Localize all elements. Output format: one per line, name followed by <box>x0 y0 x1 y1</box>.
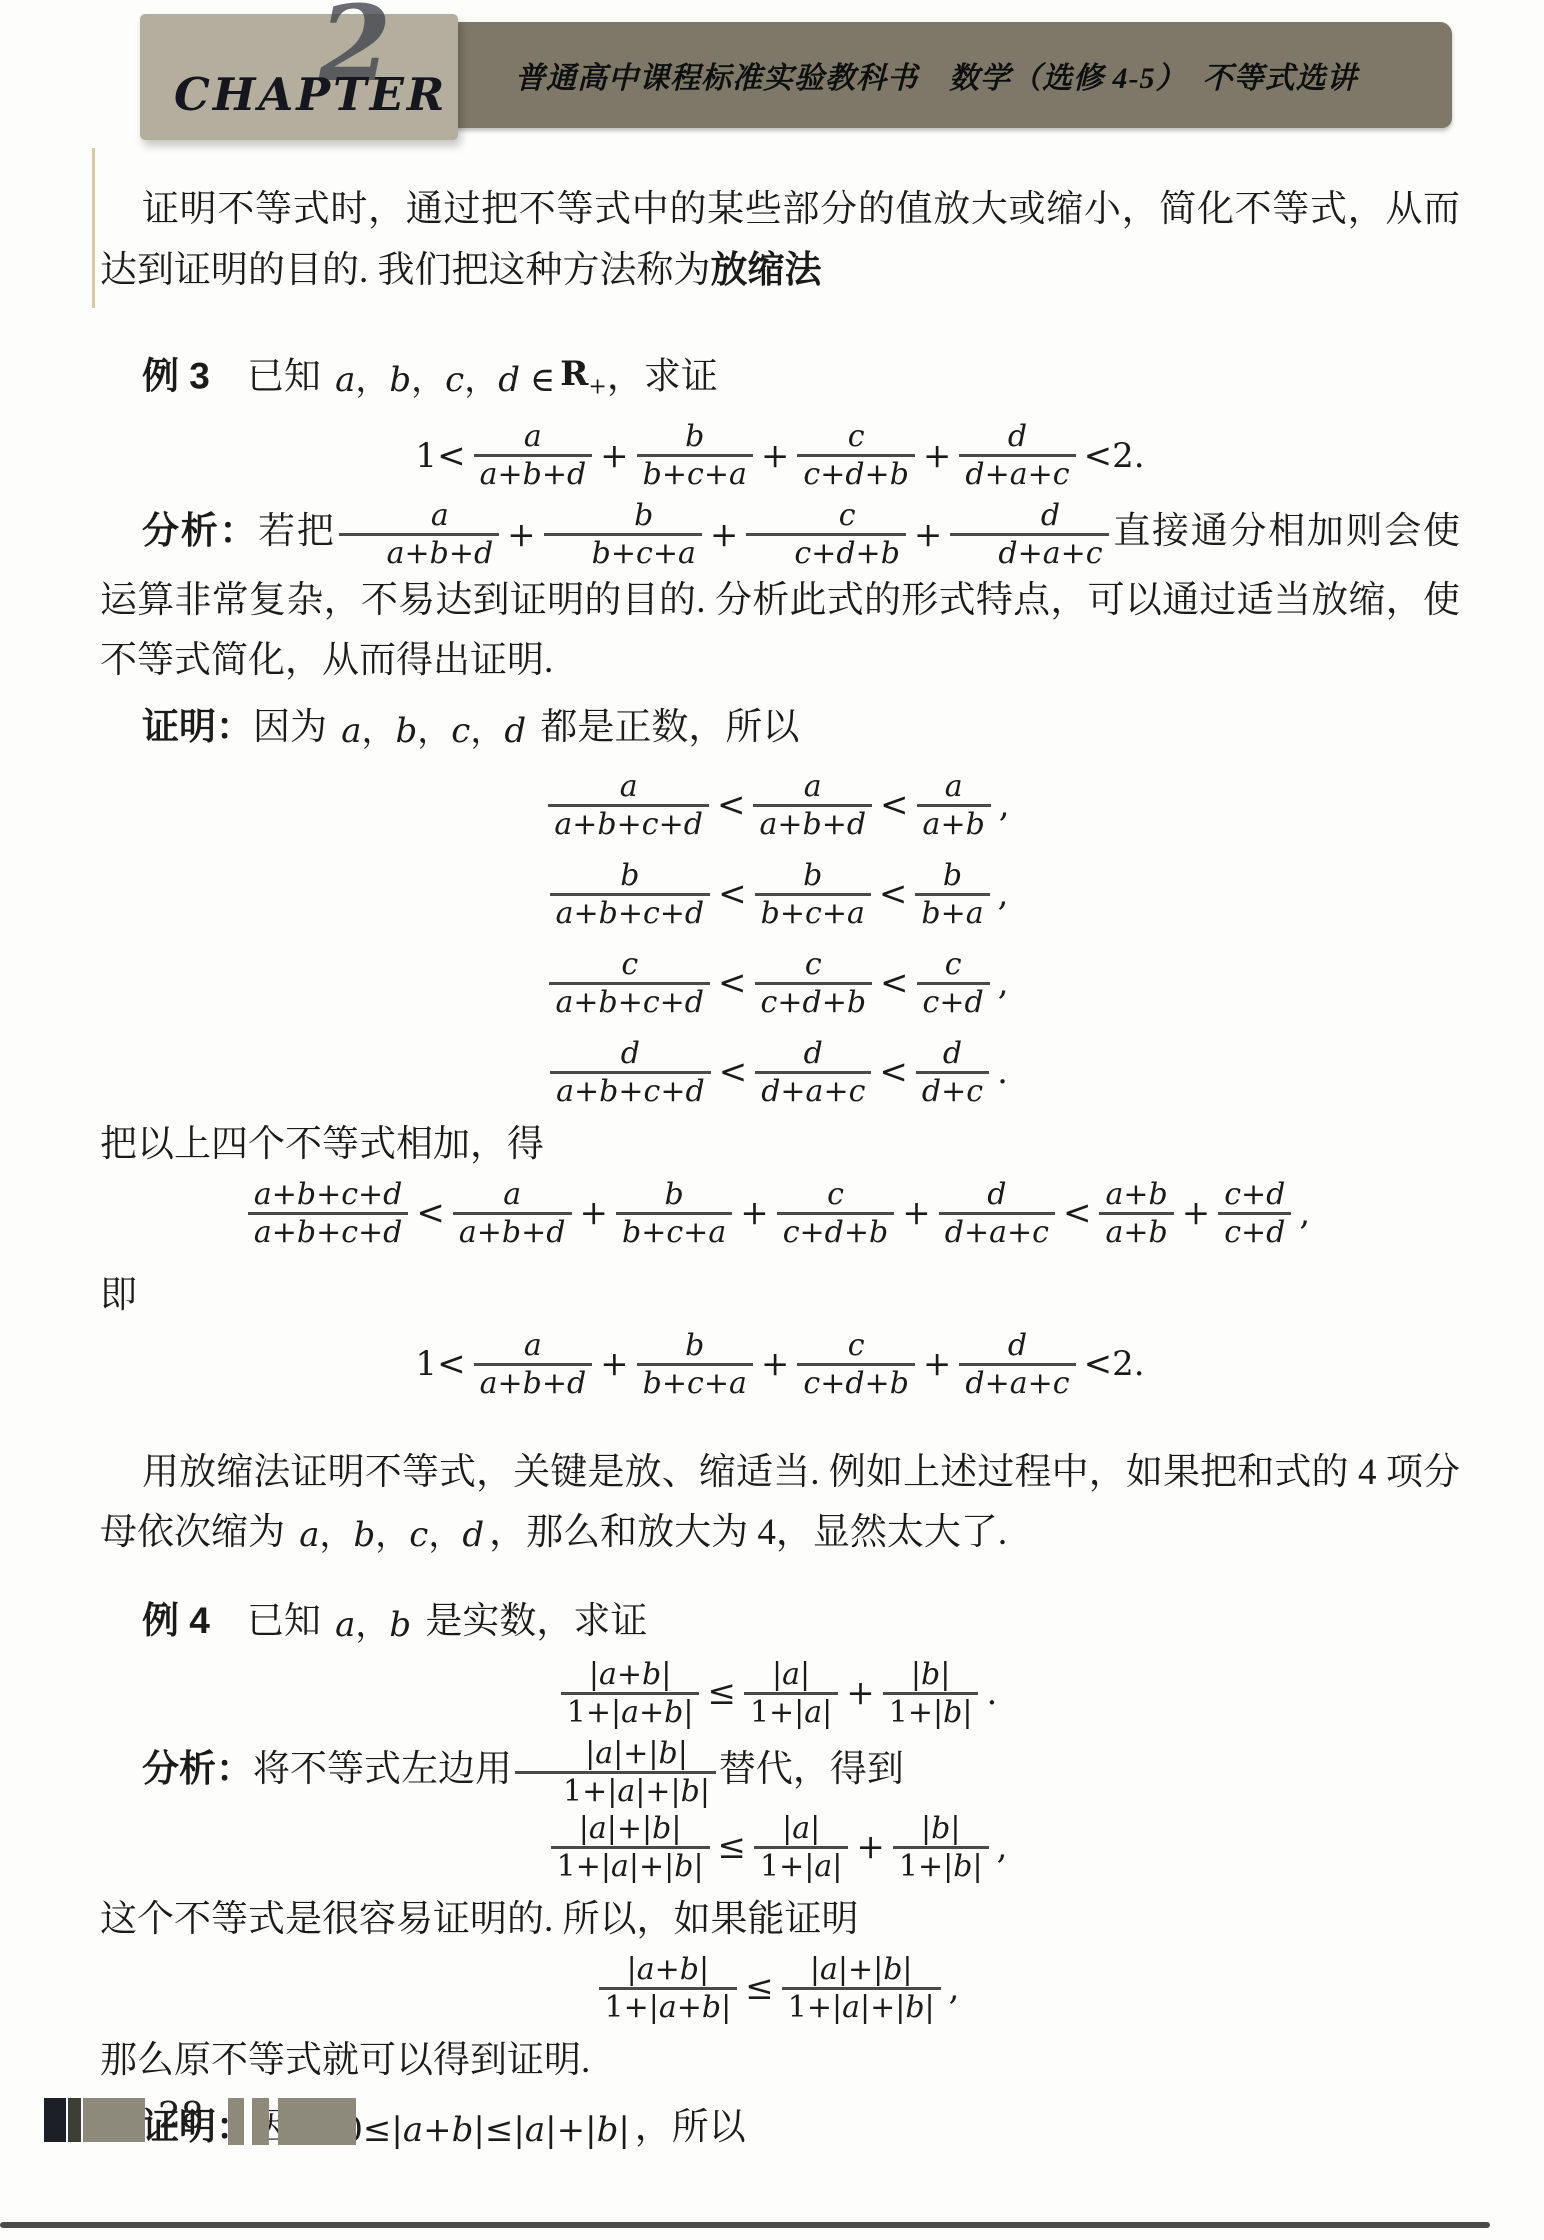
footer-mark <box>68 2098 81 2142</box>
page-number: 28 <box>158 2096 218 2137</box>
text-run: + <box>507 515 536 555</box>
fraction: cc+d+b <box>797 1328 915 1401</box>
text-run: a，b，c，d <box>299 1515 484 1555</box>
text-run: 例 3 <box>142 356 210 397</box>
fraction: aa+b+d <box>453 1177 572 1250</box>
text-run: a，b，c，d <box>341 711 526 751</box>
text-run: 那么原不等式就可以得到证明. <box>100 2040 590 2081</box>
equation: 1<aa+b+d+bb+c+a+cc+d+b+dd+a+c<2. <box>100 419 1460 492</box>
page-bottom-edge <box>0 2222 1490 2228</box>
text-run: 是实数，求证 <box>416 1601 647 1642</box>
paragraph: 证明不等式时，通过把不等式中的某些部分的值放大或缩小，简化不等式，从而达到证明的… <box>100 180 1460 301</box>
footer-mark <box>228 2098 244 2145</box>
text-run: 例 4 <box>142 1600 210 1641</box>
page: { "header": { "chapter_label": "CHAPTER"… <box>0 0 1544 2240</box>
fraction: a+b+c+da+b+c+d <box>248 1177 409 1250</box>
text-run: + <box>600 1344 629 1384</box>
text-run: 分析： <box>142 510 258 551</box>
text-run: 1< <box>415 436 465 476</box>
text-run: + <box>923 436 952 476</box>
paragraph: 这个不等式是很容易证明的. 所以，如果能证明 <box>100 1890 1460 1950</box>
fraction: bb+c+a <box>637 419 753 492</box>
fraction: cc+d+b <box>746 498 906 571</box>
fraction: cc+d <box>917 947 990 1020</box>
text-run: . <box>997 1052 1008 1092</box>
text-run: 已知 <box>210 357 330 398</box>
fraction: bb+c+a <box>755 858 871 931</box>
text-run: 放缩法 <box>711 249 822 290</box>
text-run: ≤ <box>718 1827 747 1867</box>
chapter-panel: 2 CHAPTER <box>140 14 458 140</box>
fraction: aa+b+d <box>474 1328 593 1401</box>
text-run: , <box>949 1968 960 2008</box>
text-run: R+ <box>560 351 607 394</box>
text-run: < <box>880 963 909 1003</box>
paragraph: 那么原不等式就可以得到证明. <box>100 2031 1460 2091</box>
equation: ba+b+c+d<bb+c+a<bb+a, <box>100 858 1460 931</box>
fraction: |a|1+|a| <box>744 1657 838 1730</box>
fraction: dd+a+c <box>950 498 1108 571</box>
text-run: + <box>1182 1193 1211 1233</box>
paragraph: 例 3 已知 a，b，c，d∈R+，求证 <box>100 343 1460 417</box>
text-run: + <box>856 1827 885 1867</box>
text-run: + <box>761 1344 790 1384</box>
paragraph: 例 4 已知 a，b 是实数，求证 <box>100 1591 1460 1655</box>
text-run: a，b <box>335 1605 411 1645</box>
fraction: dd+a+c <box>755 1036 871 1109</box>
text-run: . <box>986 1673 997 1713</box>
paragraph: 分析：若把aa+b+d+bb+c+a+cc+d+b+dd+a+c直接通分相加则会… <box>100 498 1460 691</box>
text-run: + <box>914 515 943 555</box>
text-run: , <box>999 785 1010 825</box>
fraction: |b|1+|b| <box>883 1657 979 1730</box>
fraction: bb+c+a <box>544 498 702 571</box>
text-run: <2. <box>1084 1344 1145 1384</box>
text-run: + <box>761 436 790 476</box>
text-run: , <box>1299 1193 1310 1233</box>
text-run: + <box>740 1193 769 1233</box>
equation: |a+b|1+|a+b|≤|a|1+|a|+|b|1+|b|. <box>100 1657 1460 1730</box>
equation: 1<aa+b+d+bb+c+a+cc+d+b+dd+a+c<2. <box>100 1328 1460 1401</box>
fraction: aa+b+d <box>753 769 872 842</box>
fraction: a+ba+b <box>1099 1177 1173 1250</box>
fraction: aa+b+c+d <box>548 769 709 842</box>
page-body: 证明不等式时，通过把不等式中的某些部分的值放大或缩小，简化不等式，从而达到证明的… <box>100 180 1460 2160</box>
text-run: <2. <box>1084 436 1145 476</box>
text-run: + <box>846 1673 875 1713</box>
footer-mark <box>278 2098 356 2145</box>
text-run: a，b，c，d <box>335 360 520 400</box>
fraction: dd+c <box>916 1036 989 1109</box>
fraction: bb+a <box>915 858 989 931</box>
fraction: |a|+|b|1+|a|+|b| <box>515 1736 716 1809</box>
text-run: 即 <box>100 1275 137 1316</box>
text-run: < <box>879 1052 908 1092</box>
text-run: + <box>710 515 739 555</box>
text-run: < <box>718 874 747 914</box>
text-run: , <box>998 963 1009 1003</box>
text-run: 都是正数，所以 <box>531 707 799 748</box>
text-run: + <box>580 1193 609 1233</box>
equation: da+b+c+d<dd+a+c<dd+c. <box>100 1036 1460 1109</box>
fraction: |a+b|1+|a+b| <box>599 1952 738 2025</box>
text-run: 因为 <box>253 707 336 748</box>
text-run: ，求证 <box>607 357 718 398</box>
fraction: da+b+c+d <box>550 1036 711 1109</box>
equation: ca+b+c+d<cc+d+b<cc+d, <box>100 947 1460 1020</box>
text-run: + <box>902 1193 931 1233</box>
equation: aa+b+c+d<aa+b+d<aa+b, <box>100 769 1460 842</box>
text-run: ∈ <box>530 360 555 400</box>
text-run: < <box>416 1193 445 1233</box>
fraction: dd+a+c <box>959 419 1075 492</box>
fraction: |b|1+|b| <box>893 1811 989 1884</box>
page-footer: 28 <box>0 2096 1544 2156</box>
fraction: |a+b|1+|a+b| <box>561 1657 700 1730</box>
text-run: < <box>718 963 747 1003</box>
fraction: aa+b+d <box>474 419 593 492</box>
text-run: 把以上四个不等式相加，得 <box>100 1124 544 1165</box>
fraction: ba+b+c+d <box>550 858 711 931</box>
fraction: bb+c+a <box>637 1328 753 1401</box>
fraction: cc+d+b <box>755 947 873 1020</box>
fraction: aa+b <box>917 769 991 842</box>
paragraph: 即 <box>100 1266 1460 1326</box>
paragraph: 把以上四个不等式相加，得 <box>100 1115 1460 1175</box>
fraction: dd+a+c <box>939 1177 1055 1250</box>
text-run: ，那么和放大为 4，显然太大了. <box>489 1512 1007 1553</box>
fraction: c+dc+d <box>1218 1177 1291 1250</box>
text-run: + <box>600 436 629 476</box>
equation: |a|+|b|1+|a|+|b|≤|a|1+|a|+|b|1+|b|, <box>100 1811 1460 1884</box>
text-run: ≤ <box>745 1968 774 2008</box>
footer-mark <box>252 2098 269 2145</box>
text-run: 1< <box>415 1344 465 1384</box>
equation: |a+b|1+|a+b|≤|a|+|b|1+|a|+|b|, <box>100 1952 1460 2025</box>
text-run: < <box>879 874 908 914</box>
footer-mark <box>83 2098 145 2142</box>
fraction: aa+b+d <box>339 498 500 571</box>
text-run: 将不等式左边用 <box>253 1749 512 1790</box>
chapter-header: 普通高中课程标准实验教科书 数学（选修 4-5） 不等式选讲 2 CHAPTER <box>0 12 1544 144</box>
textbook-title: 普通高中课程标准实验教科书 数学（选修 4-5） 不等式选讲 <box>515 22 1432 128</box>
paragraph: 证明：因为 a，b，c，d 都是正数，所以 <box>100 697 1460 761</box>
fraction: cc+d+b <box>777 1177 895 1250</box>
text-run: 替代，得到 <box>719 1749 904 1790</box>
text-run: 已知 <box>210 1601 330 1642</box>
chapter-label: CHAPTER <box>174 68 447 121</box>
footer-mark <box>44 2098 66 2142</box>
paragraph: 用放缩法证明不等式，关键是放、缩适当. 例如上述过程中，如果把和式的 4 项分母… <box>100 1443 1460 1566</box>
scan-margin-line <box>92 148 95 308</box>
text-run: 分析： <box>142 1748 253 1789</box>
fraction: dd+a+c <box>959 1328 1075 1401</box>
text-run: 证明： <box>142 706 253 747</box>
text-run: , <box>998 874 1009 914</box>
text-run: < <box>880 785 909 825</box>
text-run: < <box>717 785 746 825</box>
equation: a+b+c+da+b+c+d<aa+b+d+bb+c+a+cc+d+b+dd+a… <box>100 1177 1460 1250</box>
paragraph: 分析：将不等式左边用|a|+|b|1+|a|+|b|替代，得到 <box>100 1736 1460 1809</box>
text-run: ≤ <box>707 1673 736 1713</box>
text-run: 若把 <box>258 511 335 552</box>
fraction: ca+b+c+d <box>549 947 710 1020</box>
fraction: |a|+|b|1+|a|+|b| <box>782 1952 941 2025</box>
text-run: 这个不等式是很容易证明的. 所以，如果能证明 <box>100 1899 859 1940</box>
text-run: < <box>719 1052 748 1092</box>
fraction: bb+c+a <box>616 1177 732 1250</box>
fraction: cc+d+b <box>797 419 915 492</box>
text-run: + <box>923 1344 952 1384</box>
fraction: |a|1+|a| <box>754 1811 848 1884</box>
text-run: < <box>1063 1193 1092 1233</box>
fraction: |a|+|b|1+|a|+|b| <box>551 1811 710 1884</box>
text-run: , <box>997 1827 1008 1867</box>
